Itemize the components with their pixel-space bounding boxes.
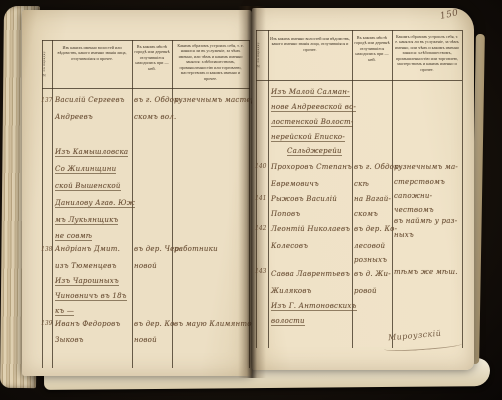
handwritten-line: Андреевъ [55,113,93,121]
handwritten-line: въ маую Климянтор— [174,320,264,328]
row-number: 139 [41,320,54,327]
handwritten-line: чествомъ [394,206,434,214]
handwritten-line: мъ Лукьянщикъ [55,216,118,225]
handwritten-line: розныхъ [354,256,387,264]
header-col-origin: Изъ какихъ именно волостей или вѣдомствъ… [268,34,352,80]
table-hline [42,88,250,89]
handwritten-line: ныхъ [394,231,414,239]
left-page: № по порядку. Изъ какихъ именно волостей… [22,10,252,376]
header-col-number: № по порядку. [42,40,52,88]
handwritten-line: Данилову Агаѳ. Юж [55,199,135,208]
header-col-place: Въ какомъ мѣстѣ городѣ или деревнѣ отлуч… [132,42,172,88]
handwritten-line: Савва Лаврентьевъ [271,270,350,278]
handwritten-line: Изъ Малой Салман- [271,88,350,97]
handwritten-line: Андріанъ Дмит. [55,245,120,253]
table-vline [52,40,53,368]
handwritten-line: Изъ Чарошныхъ [55,277,119,286]
book-photograph: № по порядку. Изъ какихъ именно волостей… [0,0,502,400]
handwritten-line: стерствомъ [394,178,445,186]
table-hline [256,80,462,81]
row-number: 137 [41,97,54,104]
handwritten-line: Иванъ Федоровъ [55,320,120,328]
handwritten-line: сапожни- [394,192,432,200]
handwritten-line: Сальджерейи [287,147,342,156]
handwritten-line: ской Вышенской [55,182,121,191]
table-vline [172,40,173,368]
handwritten-line: лесовой [354,242,385,250]
handwritten-line: въ дер. Ко- [354,225,397,233]
handwritten-line: изъ Тюменцевъ [55,262,117,270]
handwritten-line: ровой [354,287,377,295]
header-col-occupation: Какимъ образомъ устроилъ себя, т. е. нан… [392,32,462,80]
handwritten-line: скомъ вол. [134,113,176,121]
row-number: 141 [255,195,268,202]
table-vline [42,40,43,368]
handwritten-line: не совмѣ [55,232,92,241]
handwritten-line: Рыжовъ Василій [271,195,337,203]
row-number: 143 [255,268,268,275]
handwritten-line: на Вагай- [354,195,391,203]
handwritten-line: нерейской Еписко- [271,133,345,142]
handwritten-line: кузнечнымъ ма- [394,163,458,171]
handwritten-line: Изъ Камышловска [55,148,128,157]
handwritten-line: Поповъ [271,210,300,218]
handwritten-line: въ дер. Ко- [134,320,177,328]
row-number: 140 [255,163,268,170]
header-col-place: Въ какомъ мѣстѣ городѣ или деревнѣ отлуч… [352,33,392,80]
handwritten-line: Со Жилинщини [55,165,116,174]
handwritten-line: новой [134,336,157,344]
table-hline [256,30,462,31]
handwritten-line: Жиляковъ [271,287,312,295]
right-page: № по порядку. Изъ какихъ именно волостей… [252,8,474,370]
row-number: 142 [255,225,268,232]
header-col-number: № по порядку. [256,30,268,80]
handwritten-line: Чиновничъ въ 18ъ [55,292,127,301]
table-vline [462,30,463,348]
row-number: 138 [41,246,54,253]
handwritten-line: Евремовичъ [271,180,319,188]
table-vline [249,40,250,368]
handwritten-line: волости [271,317,305,326]
handwritten-line: въ д. Жи- [354,270,391,278]
handwritten-line: Изъ Г. Антоновскихъ [271,302,357,311]
handwritten-line: новой [134,262,157,270]
handwritten-line: Прохоровъ Степанъ [271,163,352,171]
header-col-occupation: Какимъ образомъ устроилъ себя, т. е. нан… [172,41,249,88]
handwritten-line: работники [174,245,218,253]
handwritten-line: тѣмъ же мѣш. [394,268,458,276]
handwritten-line: лостенской Волост- [271,118,353,127]
handwritten-line: скомъ [354,210,378,218]
handwritten-line: Василій Сергеевъ [55,96,125,104]
handwritten-line: Зыковъ [55,336,84,344]
handwritten-line: нове Андреевской во- [271,103,356,112]
handwritten-line: скѣ [354,180,369,188]
handwritten-line: въ наймѣ у раз- [394,217,457,225]
header-col-origin: Изъ какихъ именно волостей или вѣдомствъ… [52,43,132,88]
handwritten-line: Колесовъ [271,242,308,250]
handwritten-line: Леонтій Николаевъ [271,225,350,233]
handwritten-line: къ — [55,307,74,316]
